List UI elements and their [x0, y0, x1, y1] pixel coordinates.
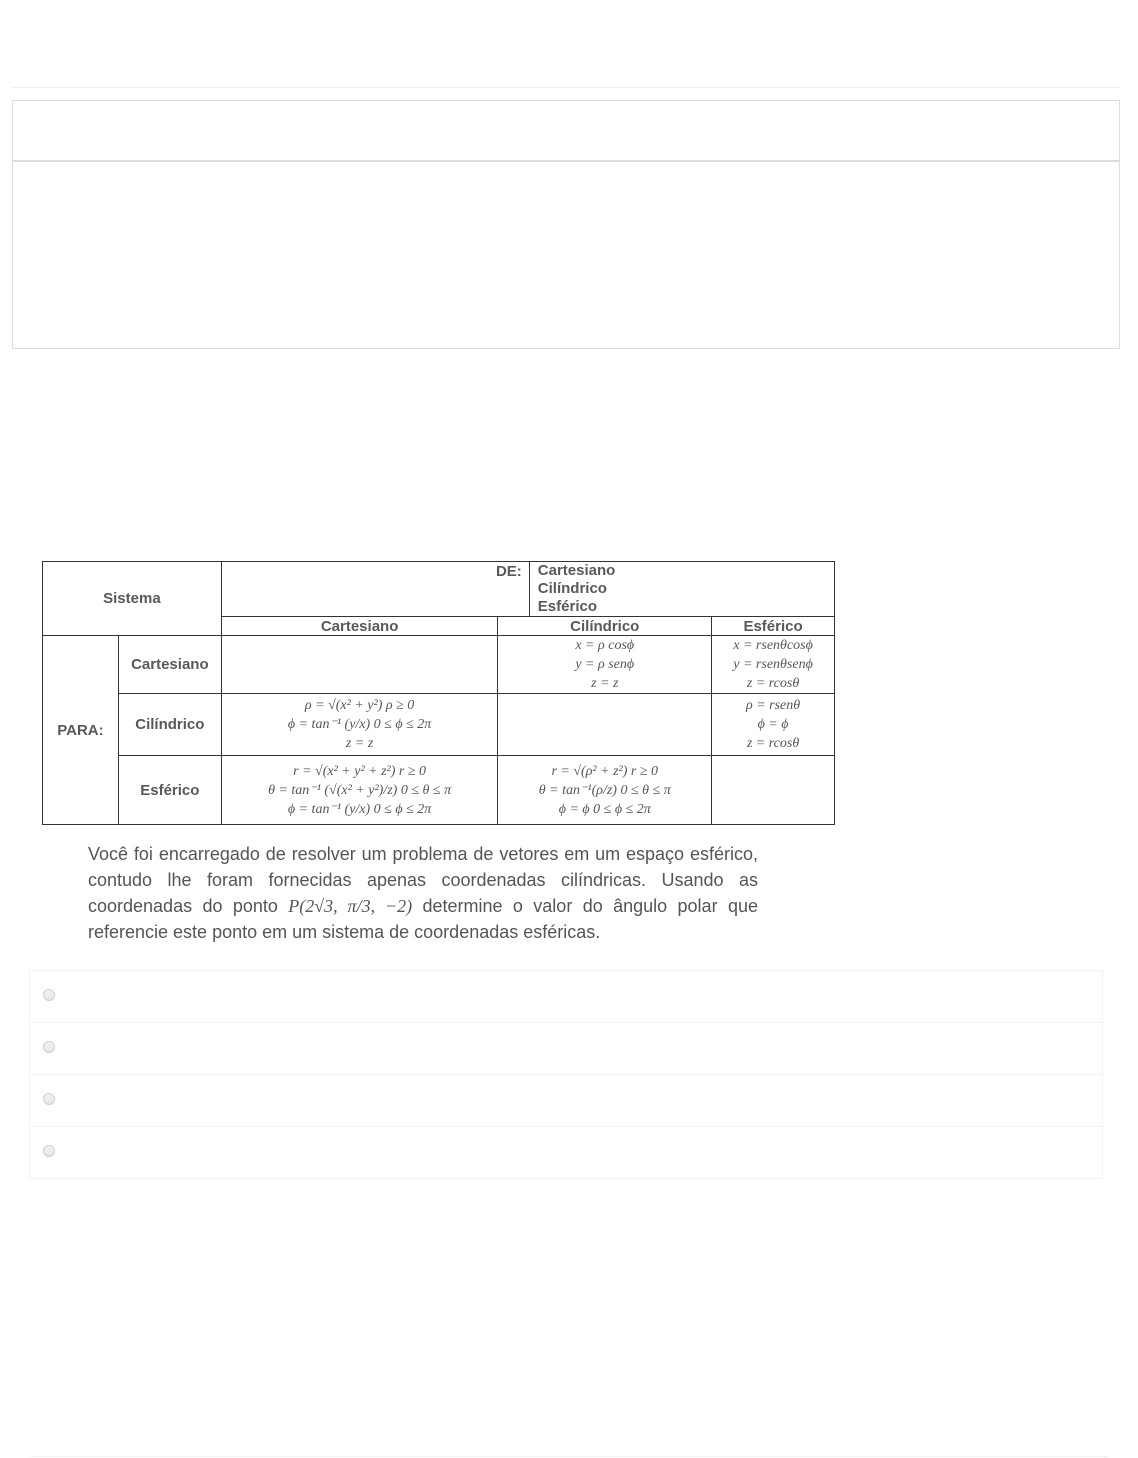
- de-label: DE:: [222, 562, 530, 616]
- answer-option[interactable]: [30, 1075, 1102, 1127]
- cell: ρ = √(x² + y²) ρ ≥ 0 ϕ = tan⁻¹ (y/x) 0 ≤…: [221, 694, 498, 756]
- cell: x = rsenθcosϕ y = rsenθsenϕ z = rcosθ: [712, 636, 835, 694]
- cell: [712, 756, 835, 825]
- cell: [498, 694, 712, 756]
- formula: ϕ = tan⁻¹ (y/x) 0 ≤ ϕ ≤ 2π: [222, 715, 498, 734]
- answer-option[interactable]: [30, 971, 1102, 1023]
- formula: ϕ = ϕ 0 ≤ ϕ ≤ 2π: [498, 800, 711, 819]
- col-header-esferico: Esférico: [712, 617, 835, 636]
- cell: r = √(x² + y² + z²) r ≥ 0 θ = tan⁻¹ (√(x…: [221, 756, 498, 825]
- answer-option[interactable]: [30, 1023, 1102, 1075]
- formula: r = √(x² + y² + z²) r ≥ 0: [222, 762, 498, 781]
- answer-option[interactable]: [30, 1127, 1102, 1178]
- para-header: PARA:: [43, 636, 119, 825]
- cell: ρ = rsenθ ϕ = ϕ z = rcosθ: [712, 694, 835, 756]
- row-header-cilindrico: Cilíndrico: [118, 694, 221, 756]
- formula: ρ = rsenθ: [712, 696, 834, 715]
- bottom-divider: [29, 1456, 1109, 1457]
- row-header-esferico: Esférico: [118, 756, 221, 825]
- col-header-cartesiano: Cartesiano: [221, 617, 498, 636]
- de-item: Cartesiano: [538, 562, 616, 580]
- top-divider: [12, 87, 1120, 88]
- question-header-panel: [12, 100, 1120, 349]
- formula: ρ = √(x² + y²) ρ ≥ 0: [222, 696, 498, 715]
- cell: [221, 636, 498, 694]
- formula: z = rcosθ: [712, 734, 834, 753]
- formula: z = z: [498, 674, 711, 693]
- cell: r = √(ρ² + z²) r ≥ 0 θ = tan⁻¹(ρ/z) 0 ≤ …: [498, 756, 712, 825]
- panel-header: [13, 101, 1119, 162]
- formula: ϕ = tan⁻¹ (y/x) 0 ≤ ϕ ≤ 2π: [222, 800, 498, 819]
- sistema-header: Sistema: [43, 562, 222, 636]
- radio-button[interactable]: [43, 1093, 55, 1105]
- coordinate-conversion-table: Sistema DE: Cartesiano Cilíndrico Esféri…: [42, 561, 835, 825]
- formula: y = rsenθsenϕ: [712, 655, 834, 674]
- question-text: Você foi encarregado de resolver um prob…: [88, 841, 758, 945]
- row-header-cartesiano: Cartesiano: [118, 636, 221, 694]
- panel-body: [13, 162, 1119, 348]
- formula: θ = tan⁻¹(ρ/z) 0 ≤ θ ≤ π: [498, 781, 711, 800]
- col-header-cilindrico: Cilíndrico: [498, 617, 712, 636]
- formula: x = rsenθcosϕ: [712, 636, 834, 655]
- de-header: DE: Cartesiano Cilíndrico Esférico: [221, 562, 834, 617]
- formula: z = rcosθ: [712, 674, 834, 693]
- point-coordinates: P(2√3, π/3, −2): [288, 896, 412, 916]
- formula: x = ρ cosϕ: [498, 636, 711, 655]
- formula: θ = tan⁻¹ (√(x² + y²)/z) 0 ≤ θ ≤ π: [222, 781, 498, 800]
- radio-button[interactable]: [43, 1145, 55, 1157]
- answer-options: [29, 970, 1103, 1179]
- radio-button[interactable]: [43, 1041, 55, 1053]
- de-list: Cartesiano Cilíndrico Esférico: [530, 562, 616, 616]
- formula: r = √(ρ² + z²) r ≥ 0: [498, 762, 711, 781]
- de-item: Esférico: [538, 598, 616, 616]
- de-item: Cilíndrico: [538, 580, 616, 598]
- formula: ϕ = ϕ: [712, 715, 834, 734]
- formula: y = ρ senϕ: [498, 655, 711, 674]
- radio-button[interactable]: [43, 989, 55, 1001]
- cell: x = ρ cosϕ y = ρ senϕ z = z: [498, 636, 712, 694]
- formula: z = z: [222, 734, 498, 753]
